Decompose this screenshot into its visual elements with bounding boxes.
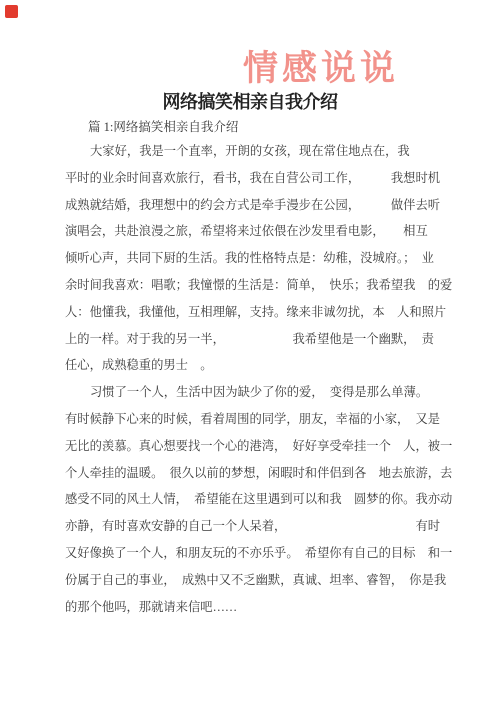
text-line: 成熟就结婚，我理想中的约会方式是牵手漫步在公园， 做伴去听 [65, 192, 457, 219]
text-line: 任心，成熟稳重的男士 。 [65, 352, 457, 379]
body-text: 大家好，我是一个直率，开朗的女孩，现在常住地点在，我平时的业余时间喜欢旅行，看书… [65, 138, 457, 620]
text-line: 平时的业余时间喜欢旅行，看书，我在自营公司工作， 我想时机 [65, 165, 457, 192]
text-line: 的那个他吗，那就请来信吧…… [65, 594, 457, 621]
text-line: 有时候静下心来的时候，看着周围的同学，朋友，幸福的小家， 又是 [65, 406, 457, 433]
text-line: 倾听心声，共同下厨的生活。我的性格特点是：幼稚，没城府。； 业 [65, 245, 457, 272]
text-line: 感受不同的风土人情， 希望能在这里遇到可以和我 圆梦的你。我亦动 [65, 486, 457, 513]
text-line: 亦静，有时喜欢安静的自己一个人呆着， 有时 [65, 513, 457, 540]
text-line: 个人牵挂的温暖。 很久以前的梦想，闲暇时和伴侣到各 地去旅游，去 [65, 460, 457, 487]
text-line: 习惯了一个人，生活中因为缺少了你的爱， 变得是那么单薄。 [65, 379, 457, 406]
document-page: 情感说说 网络搞笑相亲自我介绍 篇 1:网络搞笑相亲自我介绍 大家好，我是一个直… [0, 0, 500, 708]
text-line: 余时间我喜欢：唱歌；我憧憬的生活是：简单， 快乐；我希望我 的爱 [65, 272, 457, 299]
text-line: 演唱会，共赴浪漫之旅，希望将来过依偎在沙发里看电影， 相互 [65, 218, 457, 245]
text-line: 份属于自己的事业， 成熟中又不乏幽默，真诚、坦率、睿智， 你是我 [65, 567, 457, 594]
page-title: 网络搞笑相亲自我介绍 [0, 88, 500, 114]
text-line: 人：他懂我，我懂他，互相理解，支持。缘来非诚勿扰，本 人和照片 [65, 299, 457, 326]
text-line: 上的一样。对于我的另一半， 我希望他是一个幽默， 责 [65, 326, 457, 353]
section-heading: 篇 1:网络搞笑相亲自我介绍 [88, 118, 238, 136]
red-corner-marker [5, 5, 18, 18]
watermark-logo: 情感说说 [243, 50, 399, 88]
text-line: 又好像换了一个人，和朋友玩的不亦乐乎。 希望你有自己的目标 和一 [65, 540, 457, 567]
text-line: 大家好，我是一个直率，开朗的女孩，现在常住地点在，我 [65, 138, 457, 165]
text-line: 无比的羡慕。真心想要找一个心的港湾， 好好享受牵挂一个 人，被一 [65, 433, 457, 460]
